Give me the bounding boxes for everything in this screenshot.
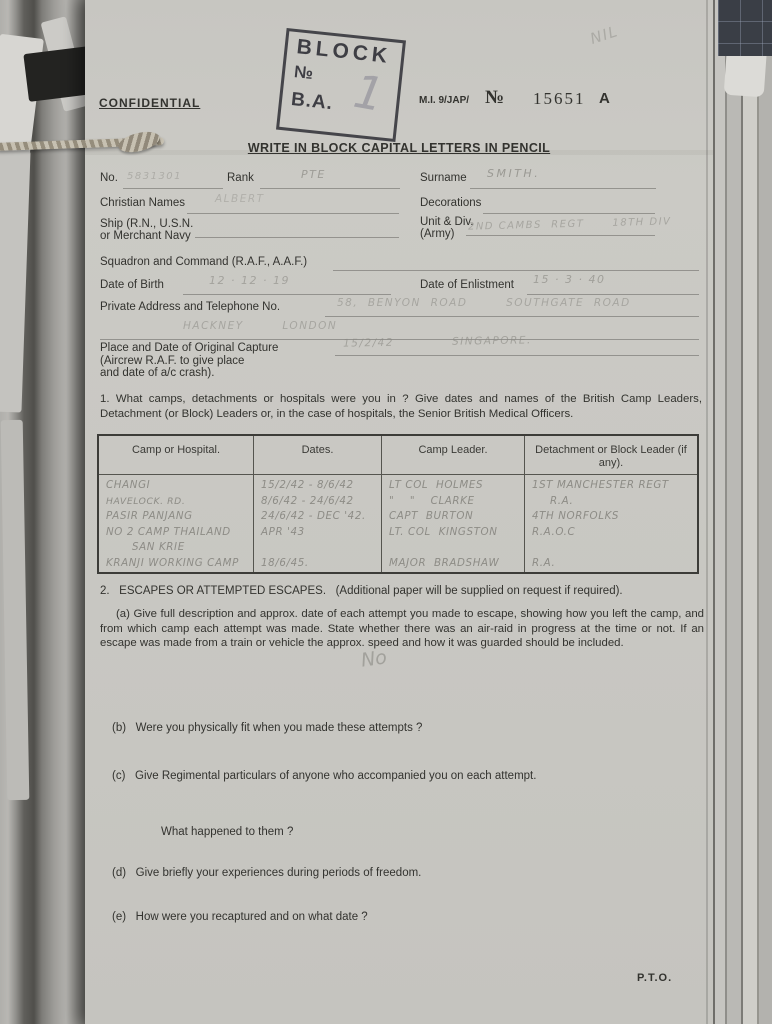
question-2b-text: (b) Were you physically fit when you mad… xyxy=(112,722,422,734)
form-line xyxy=(335,354,699,356)
dates-entry: 18/6/45. xyxy=(261,556,376,572)
dates-entry: 15/2/42 - 8/6/42 xyxy=(261,478,376,494)
question-2c-followup: What happened to them ? xyxy=(161,826,293,838)
field-ship-label-2: or Merchant Navy xyxy=(100,230,191,242)
field-capture-note-2: and date of a/c crash). xyxy=(100,367,214,379)
leader-entry: MAJOR BRADSHAW xyxy=(389,556,519,572)
confidential-marking: CONFIDENTIAL xyxy=(99,96,200,110)
detachment-entry: 4TH NORFOLKS xyxy=(532,509,692,525)
field-no-value: 5831301 xyxy=(127,171,182,182)
form-line xyxy=(527,293,699,295)
detachment-entry: R.A. xyxy=(532,494,692,510)
header-camp-or-hospital: Camp or Hospital. xyxy=(99,436,254,474)
question-2-heading: 2. ESCAPES OR ATTEMPTED ESCAPES. (Additi… xyxy=(100,585,623,597)
form-line xyxy=(187,212,399,214)
camp-entry: SAN KRIE xyxy=(106,540,248,556)
form-line xyxy=(123,187,223,189)
detachment-entry: R.A.O.C xyxy=(532,525,692,541)
field-enlistment-value: 15 · 3 · 40 xyxy=(533,273,605,286)
background-grid-top-right xyxy=(718,0,772,56)
torn-dark-paper xyxy=(23,46,94,102)
dates-entry: 8/6/42 - 24/6/42 xyxy=(261,494,376,510)
detachment-entry: 1ST MANCHESTER REGT xyxy=(532,478,692,494)
form-line xyxy=(195,236,399,238)
form-line xyxy=(466,234,655,236)
field-capture-label: Place and Date of Original Capture xyxy=(100,342,278,354)
field-ship-label-1: Ship (R.N., U.S.N. xyxy=(100,218,193,230)
pencil-corner-note: NIL xyxy=(588,22,621,48)
camp-entry: PASIR PANJANG xyxy=(106,509,248,525)
field-unit-div-label-1: Unit & Div. xyxy=(420,216,473,228)
field-surname-label: Surname xyxy=(420,172,467,184)
paper-stack-right-edge xyxy=(713,0,772,1024)
field-rank-label: Rank xyxy=(227,172,254,184)
mi9-no-symbol: № xyxy=(485,87,504,109)
header-detachment-leader: Detachment or Block Leader (if any). xyxy=(525,436,697,474)
leader-entry: LT COL HOLMES xyxy=(389,478,519,494)
pto-marking: P.T.O. xyxy=(637,972,672,984)
detachment-entry: R.A. xyxy=(532,556,692,572)
mi9-series-letter: A xyxy=(599,90,610,107)
field-rank-value: PTE xyxy=(301,168,326,181)
scanned-document-photo: CONFIDENTIAL BLOCK № B.A. 1 M.I. 9/JAP/ … xyxy=(0,0,772,1024)
question-2a-text: (a) Give full description and approx. da… xyxy=(100,607,704,651)
form-title: WRITE IN BLOCK CAPITAL LETTERS IN PENCIL xyxy=(85,141,713,155)
stamp-ba-label: B.A. xyxy=(290,89,334,115)
question-2d-text: (d) Give briefly your experiences during… xyxy=(112,867,421,879)
stamp-no-label: № xyxy=(293,62,314,84)
field-christian-names-label: Christian Names xyxy=(100,197,185,209)
document-page: CONFIDENTIAL BLOCK № B.A. 1 M.I. 9/JAP/ … xyxy=(85,0,713,1024)
form-line xyxy=(333,269,699,271)
field-squadron-label: Squadron and Command (R.A.F., A.A.F.) xyxy=(100,256,307,268)
field-address-value-2: HACKNEY LONDON xyxy=(183,320,337,332)
header-dates: Dates. xyxy=(254,436,382,474)
dates-entry: APR '43 xyxy=(261,525,376,541)
stamp-pencil-number: 1 xyxy=(350,64,388,122)
camp-entry: HAVELOCK. RD. xyxy=(106,494,248,510)
form-line xyxy=(260,187,400,189)
camps-table-body-row: CHANGI HAVELOCK. RD. PASIR PANJANG NO 2 … xyxy=(99,475,697,572)
dates-entry xyxy=(261,540,376,556)
question-2c-text: (c) Give Regimental particulars of anyon… xyxy=(112,770,536,782)
field-address-label: Private Address and Telephone No. xyxy=(100,301,280,313)
field-dob-label: Date of Birth xyxy=(100,279,164,291)
cell-leader-entries: LT COL HOLMES " " CLARKE CAPT BURTON LT.… xyxy=(382,475,525,572)
mi9-reference-prefix: M.I. 9/JAP/ xyxy=(419,95,469,106)
camp-entry: NO 2 CAMP THAILAND xyxy=(106,525,248,541)
field-dob-value: 12 · 12 · 19 xyxy=(209,274,290,287)
camp-entry: CHANGI xyxy=(106,478,248,494)
cell-camp-entries: CHANGI HAVELOCK. RD. PASIR PANJANG NO 2 … xyxy=(99,475,254,572)
leader-entry: " " CLARKE xyxy=(389,494,519,510)
form-line xyxy=(483,212,655,214)
question-2e-text: (e) How were you recaptured and on what … xyxy=(112,911,368,923)
field-christian-names-value: ALBERT xyxy=(215,193,265,205)
block-number-stamp: BLOCK № B.A. 1 xyxy=(276,28,406,142)
leader-entry: CAPT BURTON xyxy=(389,509,519,525)
field-unit-div-label-2: (Army) xyxy=(420,228,455,240)
field-address-value-1: 58, BENYON ROAD SOUTHGATE ROAD xyxy=(337,297,631,309)
field-capture-value: 15/2/42 SINGAPORE. xyxy=(343,334,532,349)
form-line xyxy=(470,187,656,189)
camp-entry: KRANJI WORKING CAMP xyxy=(106,556,248,572)
leader-entry: LT. COL KINGSTON xyxy=(389,525,519,541)
camps-table: Camp or Hospital. Dates. Camp Leader. De… xyxy=(97,434,699,574)
field-enlistment-label: Date of Enlistment xyxy=(420,279,514,291)
dates-entry: 24/6/42 - DEC '42. xyxy=(261,509,376,525)
detachment-entry xyxy=(532,540,692,556)
field-no-label: No. xyxy=(100,172,118,184)
field-decorations-label: Decorations xyxy=(420,197,481,209)
question-1-text: 1. What camps, detachments or hospitals … xyxy=(100,392,702,422)
field-capture-note-1: (Aircrew R.A.F. to give place xyxy=(100,355,244,367)
camps-table-header-row: Camp or Hospital. Dates. Camp Leader. De… xyxy=(99,436,697,475)
form-line xyxy=(325,315,699,317)
form-line xyxy=(183,293,391,295)
cell-dates-entries: 15/2/42 - 8/6/42 8/6/42 - 24/6/42 24/6/4… xyxy=(254,475,382,572)
cell-detachment-entries: 1ST MANCHESTER REGT R.A. 4TH NORFOLKS R.… xyxy=(525,475,697,572)
leader-entry xyxy=(389,540,519,556)
field-surname-value: SMITH. xyxy=(487,167,540,180)
mi9-reference-number: 15651 xyxy=(533,89,586,109)
field-unit-div-value: 2ND CAMBS REGT 18TH DIV xyxy=(468,216,672,232)
header-camp-leader: Camp Leader. xyxy=(382,436,525,474)
question-2a-answer: No xyxy=(360,646,389,671)
